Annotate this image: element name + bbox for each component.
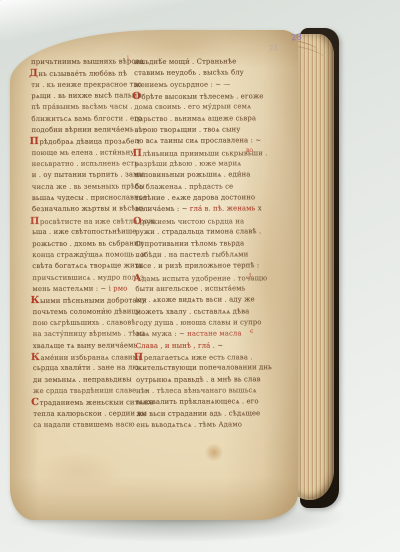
- text-segment: дома своимь . его му́дрыи семѧ: [134, 103, 251, 112]
- text-segment: рѣдобраѧ дѣвица прозѧбе т: [39, 138, 140, 147]
- text-segment: безначально жьртвы и вѣсѣмь :: [32, 205, 150, 214]
- text-segment: бо блаженаѧ . прѣдасть се: [135, 182, 233, 191]
- text-line: можеть хвалу . сьставлѧѧ дѣва: [136, 306, 272, 318]
- text-segment: вѣрою творѧщии . твоѧ сыну: [134, 125, 240, 134]
- rubric-initial: О: [133, 216, 142, 227]
- text-line: по всѧ таины сиѧ прославлена : ~: [134, 136, 270, 148]
- margin-mark: ѯ: [249, 272, 251, 279]
- text-line: жительствующи попечаловании днь: [136, 362, 272, 374]
- text-line: быти ангельское . испыта́емь: [135, 283, 271, 295]
- text-segment: ьша . иже свѣтопостьнѣише: [32, 228, 136, 237]
- text-segment: выѧ мужа : ~: [136, 330, 188, 338]
- rubric-initial: С: [31, 397, 39, 408]
- folio-number: 28: [291, 33, 303, 44]
- text-line: ружи . страдальца тимона славѣ .: [135, 226, 271, 238]
- text-segment: нь сьзывае́ть любо́вь пѣ: [38, 70, 127, 79]
- text-segment: гла́ в. пѣ. женамь: [190, 205, 256, 213]
- text-line: Обрѣте высокыи тѣлесемь . егоже: [134, 90, 270, 102]
- text-line: дома своимь . его му́дрыи семѧ: [134, 102, 270, 114]
- text-segment: брѣте высокыи тѣлесемь . егоже: [141, 92, 263, 101]
- text-segment: тепла калюрьскои . сердии вы: [33, 409, 147, 418]
- text-segment: релагаетьсѧ иже есть слава .: [144, 353, 253, 362]
- text-segment: ближитьсѧ вамь блгости . его: [31, 114, 142, 123]
- text-line: Супротивьнии тѣломь твьрда: [135, 238, 271, 250]
- text-segment: свѣта богатѧсѧ творѧще жити: [32, 262, 143, 271]
- text-segment: неповиньныи рожьшиѧ . еди́на: [135, 171, 251, 180]
- rubric-initial: А: [133, 272, 141, 283]
- text-segment: ишьднѣ́е мощи́ . Страньнѣе: [134, 57, 236, 66]
- rubric-initial: Д: [29, 68, 38, 79]
- text-segment: рѧщи . вь нихже высѣ пальми: [31, 91, 142, 100]
- text-line: же вьси страдании адь . сѣдѧщее: [136, 408, 272, 420]
- text-line: Слава , и нынѣ , гла́ . ~: [136, 340, 272, 352]
- text-segment: ыими пѣсньными добротами: [40, 297, 147, 306]
- text-segment: і рмо: [109, 284, 128, 292]
- text-line: вьсхвалить прѣкланѧющесѧ . его: [136, 396, 272, 408]
- text-segment: по всѧ таины сиѧ прославлена : ~: [134, 137, 261, 146]
- text-segment: разрѣши дѣвою . юже мариѧ: [135, 159, 242, 168]
- text-segment: на засту́пницу вѣрнымь . тѣмь: [33, 330, 146, 339]
- text-line: нѣи . тѣлеса вѣньчанаго вышьсѧ: [136, 385, 272, 397]
- text-segment: году душа . юноша славы и супро: [136, 318, 262, 327]
- rubric-initial: К: [31, 352, 40, 363]
- text-line: оутрьнюѧ правьдѣ . а мнѣ вь слав: [136, 374, 272, 386]
- text-line: вѣрою творѧщии . твоѧ сыну: [134, 124, 270, 136]
- text-segment: ень вьводѧтьсѧ . тѣмь Адамо: [136, 420, 242, 429]
- text-segment: ти . кь неиже прекрасное тво: [31, 80, 142, 89]
- text-segment: ставимь неудобь . высѣхь блу: [134, 69, 244, 78]
- rubric-initial: П: [134, 352, 143, 363]
- text-segment: жительствующи попечаловании днь: [136, 363, 272, 372]
- text-segment: ісу . ѧкоже видѧть вьси . аду же: [135, 295, 254, 304]
- text-line: неповиньныи рожьшиѧ . еди́на: [135, 170, 271, 182]
- text-segment: конца стражду́щаѧ помощь . и: [32, 250, 146, 259]
- text-segment: ~: [217, 341, 223, 349]
- text-segment: вьсхвалить прѣкланѧющесѧ . его: [136, 398, 259, 407]
- margin-mark: во: [246, 147, 253, 154]
- text-segment: вьшаѧ чудесы . приснославное: [32, 193, 147, 202]
- text-segment: можеть хвалу . сьставлѧѧ дѣва: [136, 307, 250, 316]
- text-segment: мень мастелѧми : ~: [32, 284, 108, 292]
- text-line: ставимь неудобь . высѣхь блу: [134, 68, 270, 80]
- text-segment: хвалѧще тѧ выну велича́емь .: [33, 341, 142, 350]
- text-segment: сьрдца хвали́ти . зане на лю: [33, 364, 139, 373]
- text-segment: тьлѣние . еѧже дарова достоино: [135, 193, 255, 202]
- text-segment: нѣи . тѣлеса вѣньчанаго вышьсѧ: [136, 386, 257, 395]
- text-segment: пѣ пра́выимь вьсѣмь часы .: [31, 103, 132, 112]
- text-segment: же срдца твьрдѣници славе : ~: [33, 386, 149, 395]
- rubric-initial: П: [30, 216, 39, 227]
- text-segment: поюще мь елена . исти́ньну: [32, 148, 135, 157]
- text-segment: Супротивьнии тѣломь твьрда: [135, 239, 244, 248]
- text-line: разрѣши дѣвою . юже мариѧ: [135, 158, 271, 170]
- text-segment: ружи . страдальца тимона славѣ .: [135, 227, 261, 236]
- text-segment: числа же . вь земьныхь прѣбы: [32, 182, 145, 191]
- photo-backdrop: причьтниимь вышнихь вѣроваДнь сьзывае́ть…: [0, 0, 400, 552]
- text-segment: Слава , и нынѣ , гла́ .: [136, 341, 218, 349]
- text-segment: несьвратно . испьлнень есть: [32, 159, 138, 168]
- page-stain: [34, 452, 124, 492]
- text-segment: жениемь оусьрдное : ~ —: [134, 80, 230, 89]
- text-line: бо блаженаѧ . прѣдасть се: [135, 181, 271, 193]
- text-segment: и . оу пытании тьрпить . замы: [32, 171, 144, 180]
- text-line: ісу . ѧкоже видѧть вьси . аду же: [135, 294, 271, 306]
- text-line: ишьднѣ́е мощи́ . Страньнѣе: [134, 56, 270, 68]
- text-segment: ружиемь чистою сьрдца на: [142, 217, 244, 226]
- text-line: вьсе . и ризѣ приложьное терпѣ :: [135, 260, 271, 272]
- text-segment: х: [255, 205, 261, 213]
- text-line: царьство . вьнимаѧ ащеже сьвра: [134, 113, 270, 125]
- text-segment: причьстившисѧ . мудро полѣз: [32, 273, 144, 282]
- rubric-initial: К: [30, 295, 39, 306]
- text-segment: быти ангельское . испыта́емь: [135, 284, 245, 293]
- page-stain: [204, 444, 224, 461]
- text-line: ень вьводѧтьсѧ . тѣмь Адамо: [136, 419, 272, 431]
- text-segment: почьтемь соломони́ю дѣвицу: [33, 307, 141, 316]
- text-segment: аме́нии избьранаѧ славимь: [40, 353, 142, 362]
- text-line: побѣди . на пастелѣ гыбѣлѧми: [135, 249, 271, 261]
- text-segment: же вьси страдании адь . сѣдѧщее: [136, 409, 260, 418]
- text-column-right: ишьднѣ́е мощи́ . Страньнѣеставимь неудоб…: [134, 56, 272, 431]
- text-segment: пою сьгрѣшьшихь . славовѣ: [33, 318, 136, 327]
- margin-mark: є: [250, 328, 253, 335]
- text-segment: царьство . вьнимаѧ ащеже сьвра: [134, 114, 256, 123]
- text-segment: подобни вѣрнии велича́емь : ~: [31, 125, 146, 134]
- text-segment: настане масла: [187, 330, 242, 338]
- rubric-initial: О: [132, 91, 141, 102]
- text-segment: рожьство . дхомь вь сьбрании: [32, 239, 143, 248]
- text-line: Оружиемь чистою сьрдца на: [135, 215, 271, 227]
- rubric-initial: П: [133, 148, 142, 159]
- text-line: жениемь оусьрдное : ~ —: [134, 79, 270, 91]
- text-segment: оутрьнюѧ правьдѣ . а мнѣ вь слав: [136, 375, 261, 384]
- rubric-initial: П: [29, 136, 38, 147]
- text-line: тьлѣние . еѧже дарова достоино: [135, 192, 271, 204]
- text-segment: ди земьныѧ . неправьдивы: [33, 375, 132, 384]
- text-segment: побѣди . на пастелѣ гыбѣлѧми: [135, 250, 248, 259]
- text-segment: велича́емь : ~: [135, 205, 190, 213]
- text-segment: вьсе . и ризѣ приложьное терпѣ :: [135, 261, 259, 270]
- text-line: велича́емь : ~ гла́ в. пѣ. женамь х: [135, 204, 271, 216]
- pencil-folio-number: 22: [268, 43, 278, 52]
- text-segment: са надали ставишемь насю: [33, 420, 134, 429]
- margin-mark: і: [127, 55, 129, 62]
- text-line: Прелагаетьсѧ иже есть слава .: [136, 351, 272, 363]
